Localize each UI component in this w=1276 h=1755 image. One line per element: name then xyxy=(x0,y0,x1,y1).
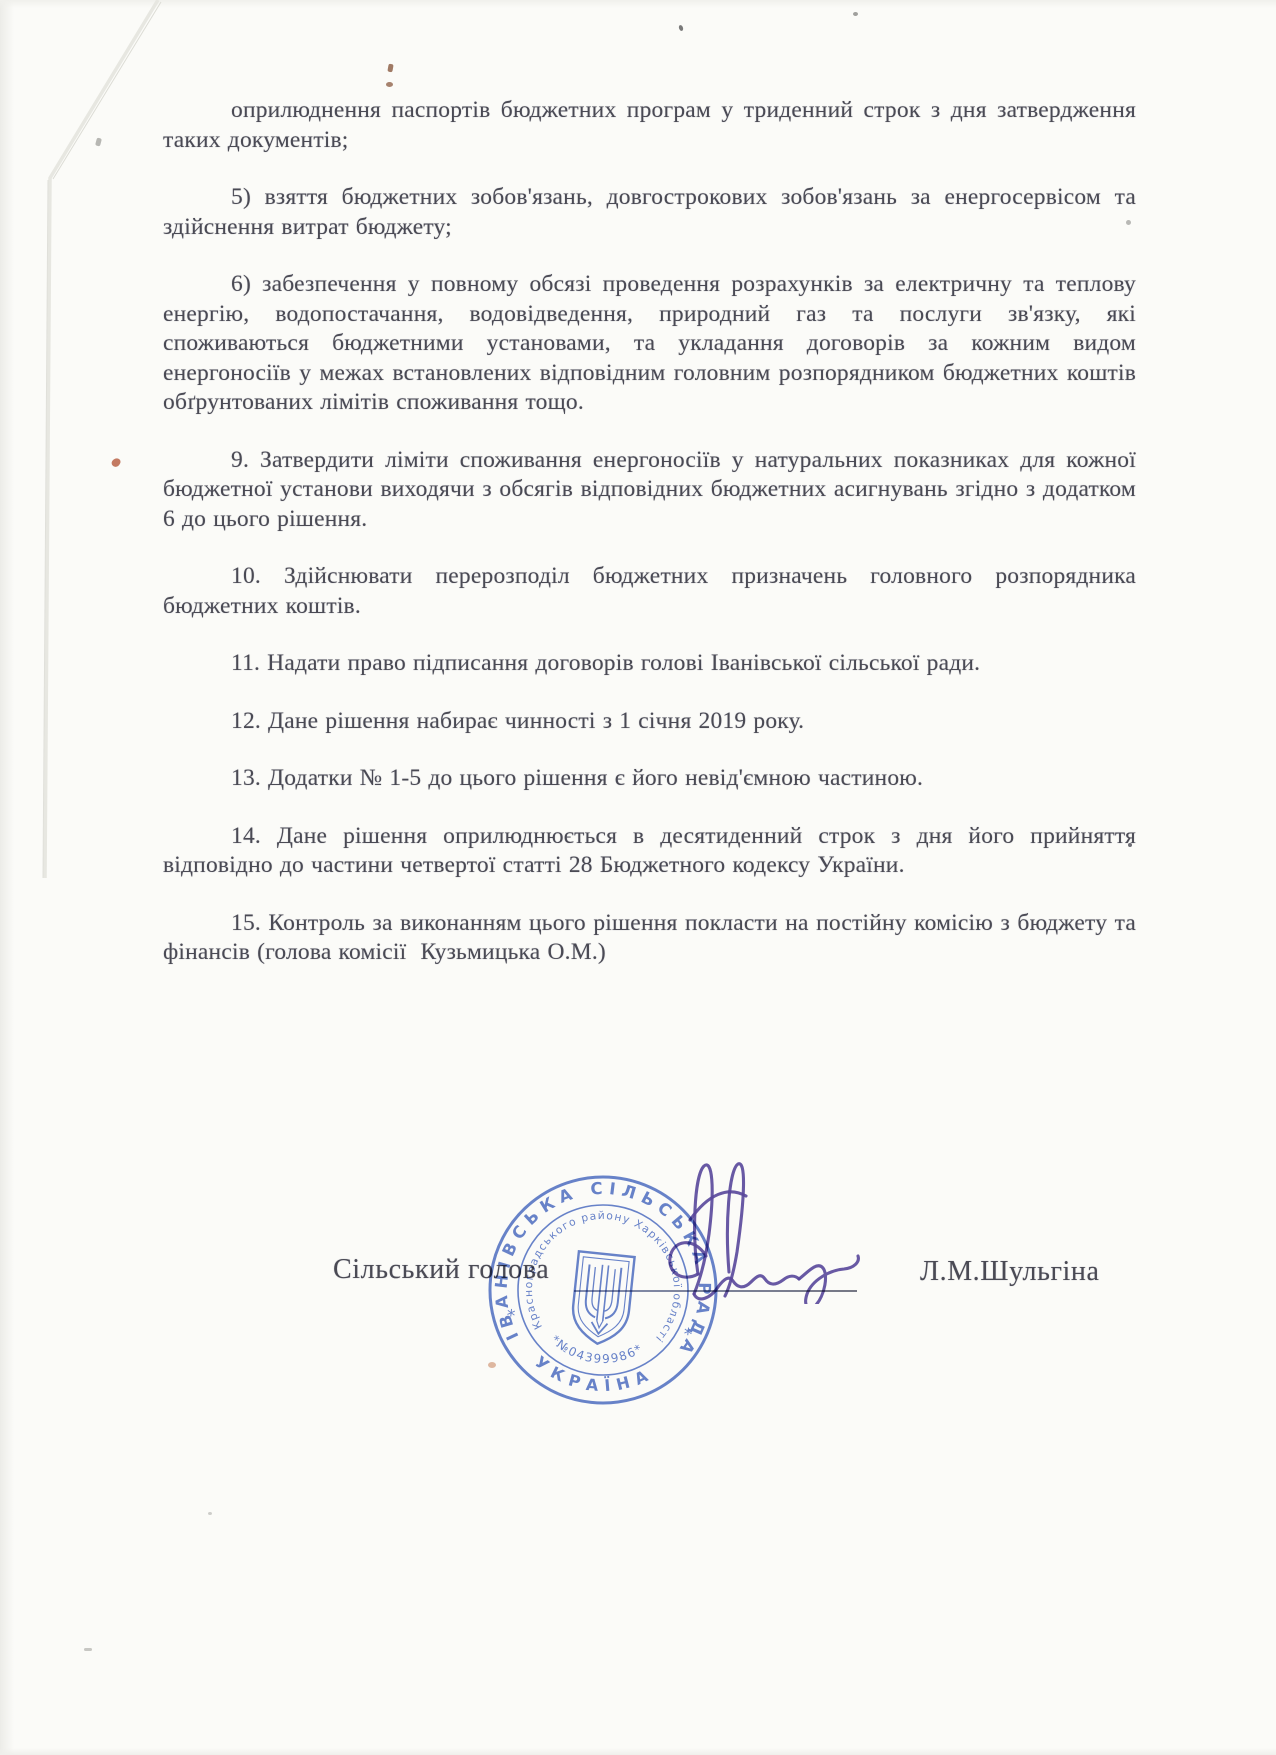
scan-speck xyxy=(386,82,393,87)
decision-paragraph: 5) взяття бюджетних зобов'язань, довгост… xyxy=(163,183,1136,242)
decision-paragraph: оприлюднення паспортів бюджетних програм… xyxy=(163,96,1136,155)
scan-speck xyxy=(678,24,684,31)
scan-speck xyxy=(208,1512,212,1515)
decision-paragraph: 12. Дане рішення набирає чинності з 1 сі… xyxy=(163,707,1136,737)
decision-paragraph: 14. Дане рішення оприлюднюється в десяти… xyxy=(163,822,1136,881)
page-edge-shade-top xyxy=(0,0,1276,8)
decision-text: оприлюднення паспортів бюджетних програм… xyxy=(163,96,1136,996)
scanned-document-page: оприлюднення паспортів бюджетних програм… xyxy=(0,0,1276,1755)
page-edge-shade-bottom xyxy=(0,1748,1276,1755)
tryzub-shield-icon xyxy=(570,1251,635,1346)
decision-paragraph: 13. Додатки № 1-5 до цього рішення є йог… xyxy=(163,764,1136,794)
signer-name: Л.М.Шульгіна xyxy=(920,1256,1100,1288)
scan-speck xyxy=(853,12,858,16)
scan-speck xyxy=(110,457,121,469)
decision-paragraph: 9. Затвердити ліміти споживання енергоно… xyxy=(163,446,1136,535)
scan-speck xyxy=(84,1648,92,1651)
page-edge-shade-left xyxy=(0,0,14,1755)
decision-paragraph: 11. Надати право підписання договорів го… xyxy=(163,649,1136,679)
scan-speck xyxy=(387,64,393,73)
handwritten-signature xyxy=(636,1124,876,1304)
decision-paragraph: 10. Здійснювати перерозподіл бюджетних п… xyxy=(163,562,1136,621)
decision-paragraph: 15. Контроль за виконанням цього рішення… xyxy=(163,909,1136,968)
decision-paragraph: 6) забезпечення у повному обсязі проведе… xyxy=(163,270,1136,418)
scan-speck xyxy=(95,137,102,146)
